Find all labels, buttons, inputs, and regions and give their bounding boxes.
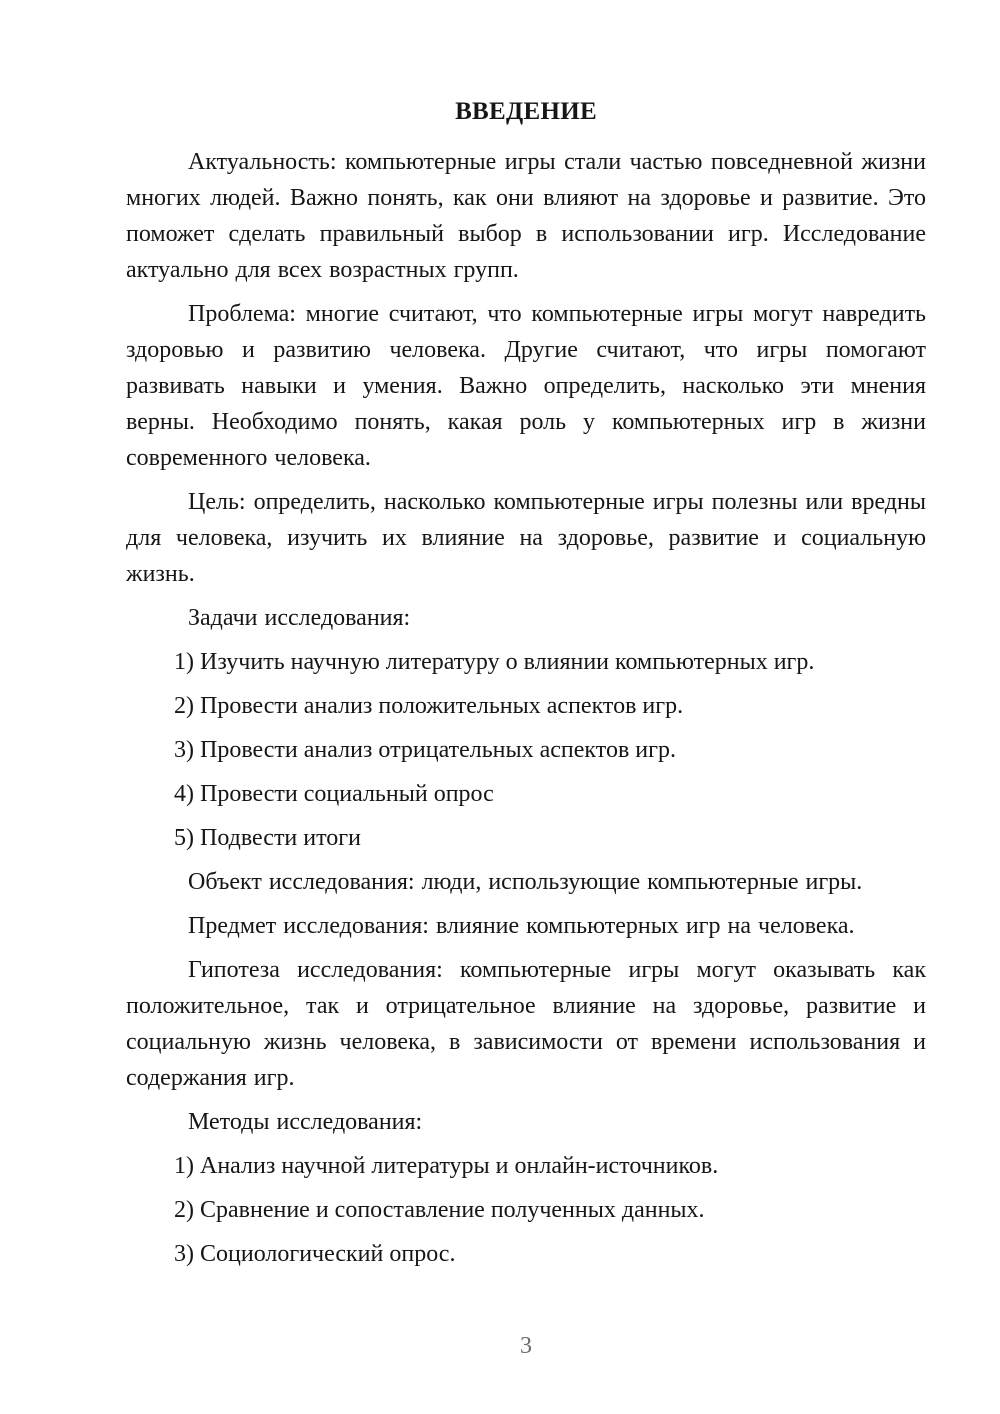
paragraph-relevance: Актуальность: компьютерные игры стали ча… bbox=[126, 144, 926, 288]
paragraph-object: Объект исследования: люди, использующие … bbox=[126, 864, 926, 900]
task-item-4: 4) Провести социальный опрос bbox=[126, 776, 926, 812]
task-item-2: 2) Провести анализ положительных аспекто… bbox=[126, 688, 926, 724]
page-number: 3 bbox=[126, 1332, 926, 1360]
method-item-1: 1) Анализ научной литературы и онлайн-ис… bbox=[126, 1148, 926, 1184]
paragraph-goal: Цель: определить, насколько компьютерные… bbox=[126, 484, 926, 592]
document-page: ВВЕДЕНИЕ Актуальность: компьютерные игры… bbox=[0, 0, 1000, 1414]
paragraph-subject: Предмет исследования: влияние компьютерн… bbox=[126, 908, 926, 944]
task-item-5: 5) Подвести итоги bbox=[126, 820, 926, 856]
methods-heading: Методы исследования: bbox=[126, 1104, 926, 1140]
tasks-heading: Задачи исследования: bbox=[126, 600, 926, 636]
task-item-3: 3) Провести анализ отрицательных аспекто… bbox=[126, 732, 926, 768]
paragraph-hypothesis: Гипотеза исследования: компьютерные игры… bbox=[126, 952, 926, 1096]
document-title: ВВЕДЕНИЕ bbox=[126, 94, 926, 130]
task-item-1: 1) Изучить научную литературу о влиянии … bbox=[126, 644, 926, 680]
paragraph-problem: Проблема: многие считают, что компьютерн… bbox=[126, 296, 926, 476]
method-item-2: 2) Сравнение и сопоставление полученных … bbox=[126, 1192, 926, 1228]
method-item-3: 3) Социологический опрос. bbox=[126, 1236, 926, 1272]
